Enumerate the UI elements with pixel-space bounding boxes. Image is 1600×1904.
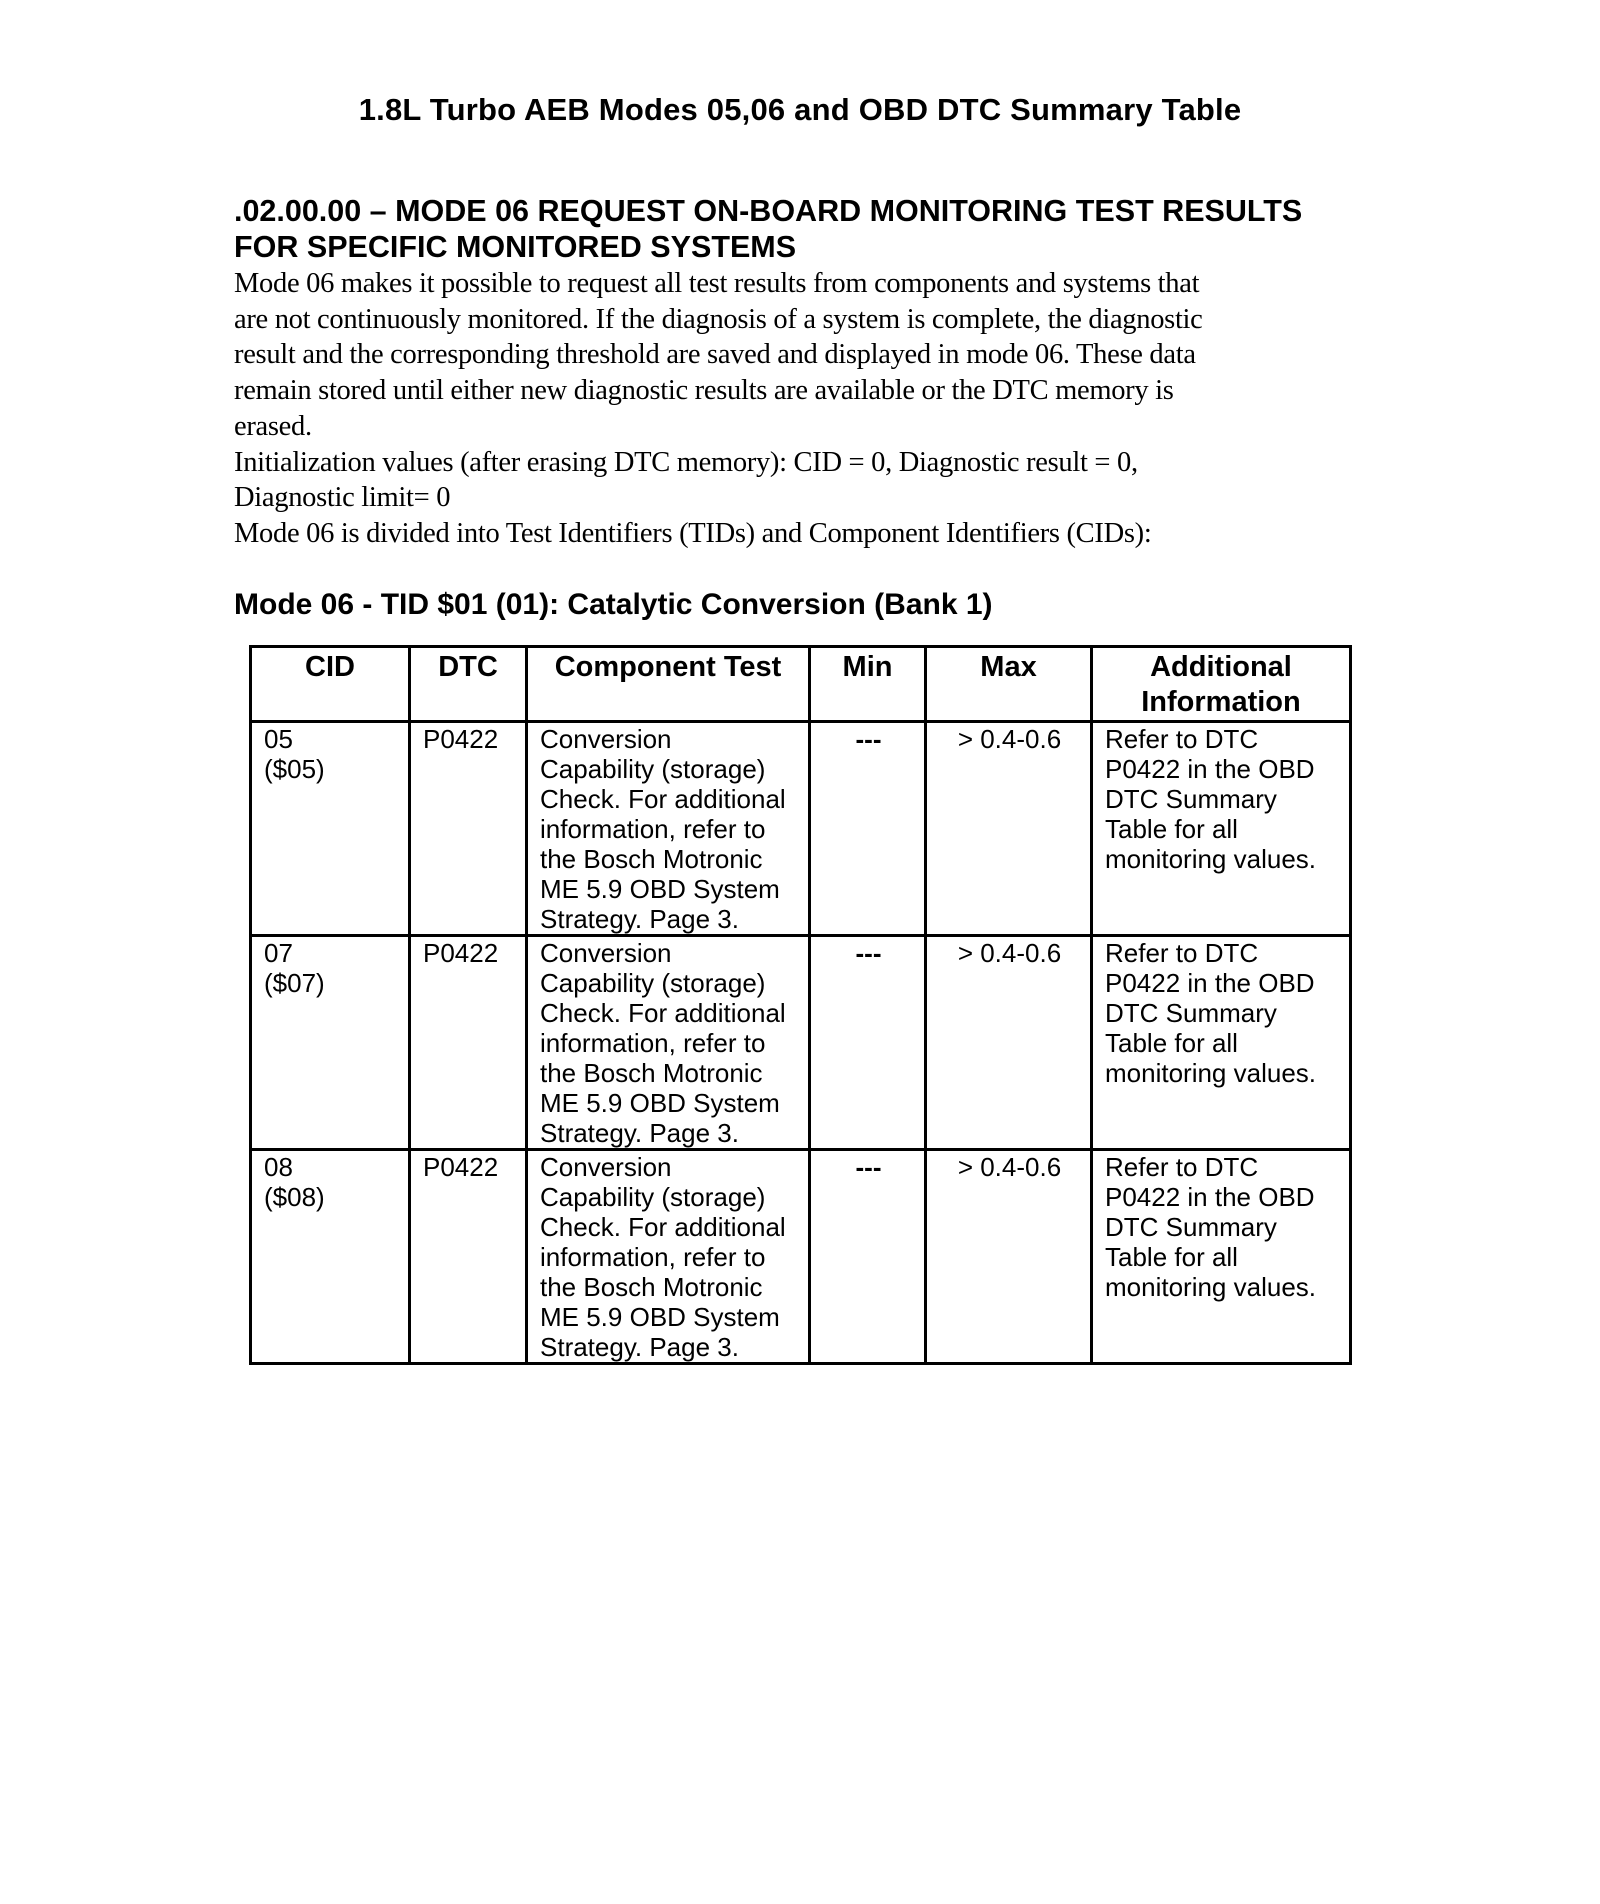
header-additional-information: Additional Information (1092, 647, 1351, 722)
dtc-code: P0422 (423, 1152, 498, 1182)
body-line: Mode 06 makes it possible to request all… (234, 266, 1364, 302)
header-additional-line: Information (1103, 685, 1339, 720)
component-test-line: Check. For additional (540, 998, 798, 1028)
component-test-line: the Bosch Motronic (540, 1272, 798, 1302)
component-test-line: Strategy. Page 3. (540, 1332, 798, 1362)
min-value: --- (856, 724, 882, 754)
header-cid: CID (251, 647, 410, 722)
min-value: --- (856, 1152, 882, 1182)
table-row: 07 ($07) P0422 ConversionCapability (sto… (251, 936, 1351, 1150)
component-test-line: Conversion (540, 938, 798, 968)
component-test-line: Capability (storage) (540, 754, 798, 784)
table-title: Mode 06 - TID $01 (01): Catalytic Conver… (234, 588, 993, 622)
body-line: erased. (234, 409, 1364, 445)
header-component-test: Component Test (527, 647, 810, 722)
cell-min: --- (810, 722, 926, 936)
cid-hex-value: ($08) (264, 1182, 398, 1212)
body-line: Mode 06 is divided into Test Identifiers… (234, 516, 1364, 552)
component-test-line: ME 5.9 OBD System (540, 1088, 798, 1118)
cid-hex-value: ($07) (264, 968, 398, 998)
cell-cid: 08 ($08) (251, 1150, 410, 1364)
additional-info-line: P0422 in the OBD (1105, 1182, 1339, 1212)
body-line: are not continuously monitored. If the d… (234, 302, 1364, 338)
cell-max: > 0.4-0.6 (926, 1150, 1092, 1364)
cell-max: > 0.4-0.6 (926, 936, 1092, 1150)
component-test-line: Conversion (540, 724, 798, 754)
component-test-line: Strategy. Page 3. (540, 1118, 798, 1148)
cell-component-test: ConversionCapability (storage)Check. For… (527, 1150, 810, 1364)
body-line: Diagnostic limit= 0 (234, 480, 1364, 516)
additional-info-line: P0422 in the OBD (1105, 968, 1339, 998)
additional-info-line: Table for all (1105, 1242, 1339, 1272)
component-test-line: information, refer to (540, 1242, 798, 1272)
additional-info-line: Refer to DTC (1105, 1152, 1339, 1182)
component-test-line: the Bosch Motronic (540, 1058, 798, 1088)
cell-component-test: ConversionCapability (storage)Check. For… (527, 722, 810, 936)
component-test-line: Check. For additional (540, 784, 798, 814)
body-paragraph: Mode 06 makes it possible to request all… (234, 266, 1364, 552)
additional-info-line: Table for all (1105, 814, 1339, 844)
cell-dtc: P0422 (410, 936, 527, 1150)
dtc-code: P0422 (423, 938, 498, 968)
body-line: Initialization values (after erasing DTC… (234, 445, 1364, 481)
component-test-line: information, refer to (540, 1028, 798, 1058)
cell-max: > 0.4-0.6 (926, 722, 1092, 936)
additional-info-line: Table for all (1105, 1028, 1339, 1058)
cell-min: --- (810, 936, 926, 1150)
additional-info-line: monitoring values. (1105, 1272, 1339, 1302)
cell-cid: 07 ($07) (251, 936, 410, 1150)
table-row: 05 ($05) P0422 ConversionCapability (sto… (251, 722, 1351, 936)
max-value: > 0.4-0.6 (958, 724, 1061, 754)
document-title: 1.8L Turbo AEB Modes 05,06 and OBD DTC S… (0, 92, 1600, 128)
additional-info-line: monitoring values. (1105, 844, 1339, 874)
cell-dtc: P0422 (410, 722, 527, 936)
cell-additional-information: Refer to DTCP0422 in the OBDDTC SummaryT… (1092, 936, 1351, 1150)
component-test-line: Capability (storage) (540, 968, 798, 998)
additional-info-line: Refer to DTC (1105, 724, 1339, 754)
max-value: > 0.4-0.6 (958, 938, 1061, 968)
additional-info-line: Refer to DTC (1105, 938, 1339, 968)
body-line: result and the corresponding threshold a… (234, 337, 1364, 373)
header-additional-line: Additional (1103, 650, 1339, 685)
header-dtc: DTC (410, 647, 527, 722)
additional-info-line: monitoring values. (1105, 1058, 1339, 1088)
table-header-row: CID DTC Component Test Min Max Additiona… (251, 647, 1351, 722)
cell-component-test: ConversionCapability (storage)Check. For… (527, 936, 810, 1150)
max-value: > 0.4-0.6 (958, 1152, 1061, 1182)
additional-info-line: DTC Summary (1105, 784, 1339, 814)
cid-hex-value: ($05) (264, 754, 398, 784)
mode06-table: CID DTC Component Test Min Max Additiona… (249, 645, 1352, 1365)
section-heading: .02.00.00 – MODE 06 REQUEST ON-BOARD MON… (234, 193, 1364, 265)
additional-info-line: P0422 in the OBD (1105, 754, 1339, 784)
component-test-line: ME 5.9 OBD System (540, 874, 798, 904)
body-line: remain stored until either new diagnosti… (234, 373, 1364, 409)
cell-additional-information: Refer to DTCP0422 in the OBDDTC SummaryT… (1092, 722, 1351, 936)
header-max: Max (926, 647, 1092, 722)
component-test-line: Strategy. Page 3. (540, 904, 798, 934)
component-test-line: the Bosch Motronic (540, 844, 798, 874)
cell-dtc: P0422 (410, 1150, 527, 1364)
component-test-line: ME 5.9 OBD System (540, 1302, 798, 1332)
section-heading-line: .02.00.00 – MODE 06 REQUEST ON-BOARD MON… (234, 193, 1364, 229)
cid-value: 05 (264, 724, 398, 754)
cell-additional-information: Refer to DTCP0422 in the OBDDTC SummaryT… (1092, 1150, 1351, 1364)
min-value: --- (856, 938, 882, 968)
cid-value: 07 (264, 938, 398, 968)
section-heading-line: FOR SPECIFIC MONITORED SYSTEMS (234, 229, 1364, 265)
component-test-line: Check. For additional (540, 1212, 798, 1242)
additional-info-line: DTC Summary (1105, 1212, 1339, 1242)
cell-cid: 05 ($05) (251, 722, 410, 936)
component-test-line: Conversion (540, 1152, 798, 1182)
table-row: 08 ($08) P0422 ConversionCapability (sto… (251, 1150, 1351, 1364)
dtc-code: P0422 (423, 724, 498, 754)
component-test-line: information, refer to (540, 814, 798, 844)
cid-value: 08 (264, 1152, 398, 1182)
header-min: Min (810, 647, 926, 722)
component-test-line: Capability (storage) (540, 1182, 798, 1212)
additional-info-line: DTC Summary (1105, 998, 1339, 1028)
cell-min: --- (810, 1150, 926, 1364)
